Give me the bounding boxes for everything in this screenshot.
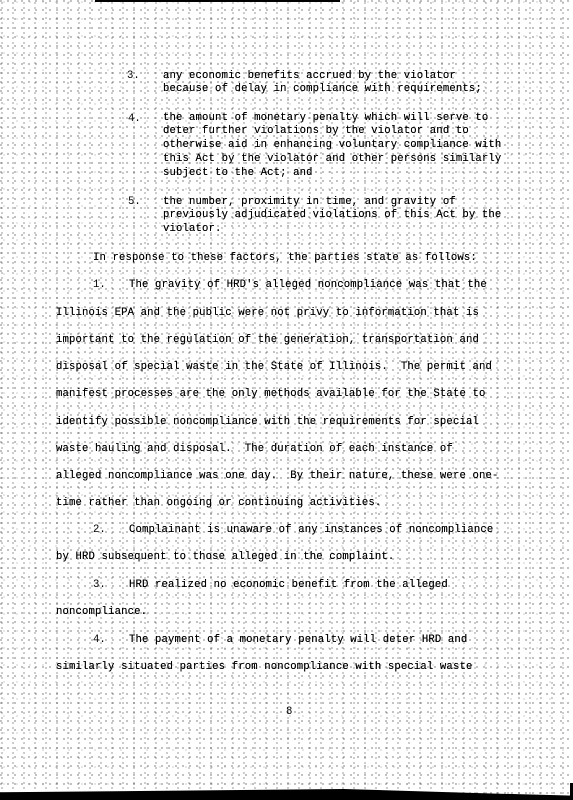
factor-line: the number, proximity in time, and gravi… <box>163 196 456 209</box>
factor-line: otherwise aid in enhancing voluntary com… <box>163 139 501 152</box>
paragraph-line: The payment of a monetary penalty will d… <box>129 634 467 647</box>
intro-sentence: In response to these factors, the partie… <box>93 252 477 265</box>
paragraph-line: disposal of special waste in the State o… <box>56 361 492 374</box>
paragraph-line: by HRD subsequent to those alleged in th… <box>56 551 394 564</box>
scan-edge-bottom <box>0 789 573 800</box>
factor-line: violator. <box>163 223 222 236</box>
factor-line: because of delay in compliance with requ… <box>163 83 482 96</box>
paragraph-line: similarly situated parties from noncompl… <box>56 661 472 674</box>
paragraph-line: waste hauling and disposal. The duration… <box>56 443 453 456</box>
paragraph-line: manifest processes are the only methods … <box>56 388 485 401</box>
paragraph-line: HRD realized no economic benefit from th… <box>129 579 448 592</box>
paragraph-line: The gravity of HRD's alleged noncomplian… <box>129 279 487 292</box>
factor-number: 5. <box>128 196 141 209</box>
paragraph-line: important to the regulation of the gener… <box>56 334 479 347</box>
paragraph-line: Illinois EPA and the public were not pri… <box>56 307 479 320</box>
paragraph-number: 3. <box>93 579 106 592</box>
paragraph-line: Complainant is unaware of any instances … <box>129 524 493 537</box>
factor-line: deter further violations by the violator… <box>163 125 469 138</box>
paragraph-line: noncompliance. <box>56 606 147 619</box>
paragraph-number: 2. <box>93 524 106 537</box>
paragraph-line: alleged noncompliance was one day. By th… <box>56 470 499 483</box>
factor-line: the amount of monetary penalty which wil… <box>163 112 488 125</box>
page-number: 8 <box>286 706 292 718</box>
factor-number: 3. <box>127 70 140 83</box>
paragraph-line: time rather than ongoing or continuing a… <box>56 497 381 510</box>
paragraph-number: 1. <box>93 279 106 292</box>
scan-edge-top <box>95 0 340 2</box>
factor-number: 4. <box>128 113 141 126</box>
paragraph-line: identify possible noncompliance with the… <box>56 416 479 429</box>
factor-line: this Act by the violator and other perso… <box>163 153 501 166</box>
factor-line: previously adjudicated violations of thi… <box>163 209 501 222</box>
document-page: 3. any economic benefits accrued by the … <box>0 0 573 800</box>
paragraph-number: 4. <box>93 634 106 647</box>
factor-line: any economic benefits accrued by the vio… <box>163 70 456 83</box>
factor-line: subject to the Act; and <box>163 167 313 180</box>
